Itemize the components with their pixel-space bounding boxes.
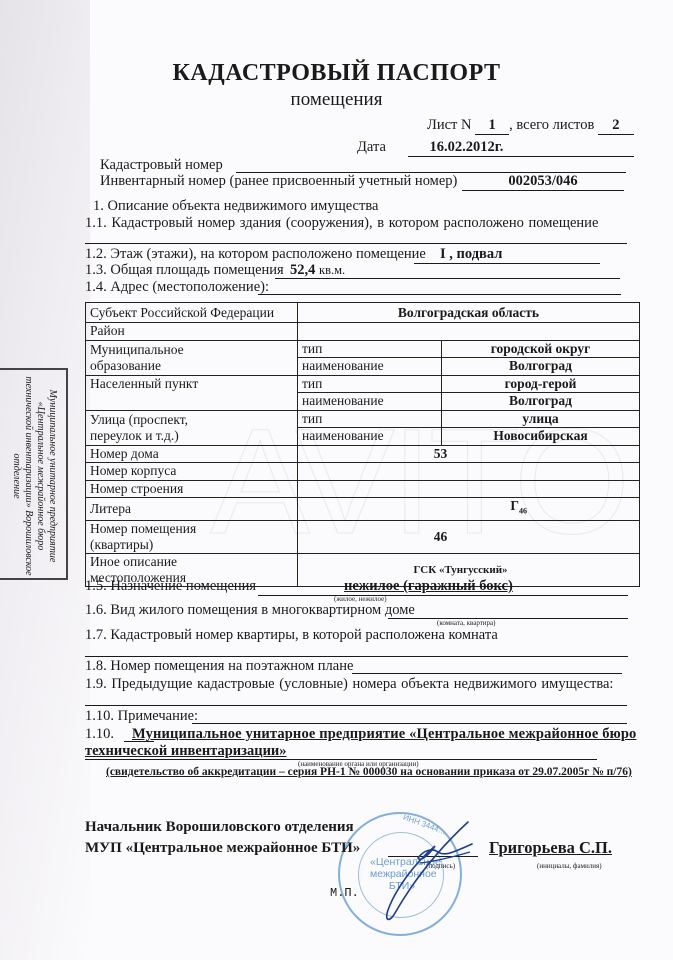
signer-position-line1: Начальник Ворошиловского отделения xyxy=(85,819,354,836)
municipal-name-value: Волгоград xyxy=(442,358,640,376)
table-row: Населенный пункт тип город-герой xyxy=(86,375,640,393)
table-row: Номер помещения (квартиры) 46 xyxy=(86,520,640,553)
table-row: Муниципальное образование тип городской … xyxy=(86,340,640,358)
side-stamp-text: Муниципальное унитарное предприятие «Цен… xyxy=(10,376,58,576)
district-label: Район xyxy=(86,323,298,341)
municipal-label: Муниципальное образование xyxy=(86,340,298,375)
table-row: Район xyxy=(86,323,640,341)
structure-value xyxy=(298,480,640,498)
sheet-info: Лист N 1, всего листов 2 xyxy=(427,117,634,135)
settlement-type-label: тип xyxy=(298,375,442,393)
item-1-5-value: нежилое (гаражный бокс) xyxy=(344,578,513,594)
room-label: Номер помещения (квартиры) xyxy=(86,520,298,553)
table-row: Номер строения xyxy=(86,480,640,498)
signer-name: Григорьева С.П. xyxy=(489,838,612,858)
item-1-5-label: 1.5. Назначение помещения xyxy=(85,578,256,595)
building-value xyxy=(298,463,640,481)
table-row: Номер дома 53 xyxy=(86,445,640,463)
item-1-1: 1.1. Кадастровый номер здания (сооружени… xyxy=(85,215,598,232)
street-type-value: улица xyxy=(442,410,640,428)
cadastral-number-label: Кадастровый номер xyxy=(100,157,223,174)
sheet-label: Лист N xyxy=(427,117,471,133)
item-1-10-org-line2-field: технической инвентаризации» xyxy=(85,743,597,760)
street-name-value: Новосибирская xyxy=(442,428,640,446)
item-1-8-label: 1.8. Номер помещения на поэтажном плане xyxy=(85,658,353,675)
litera-subscript: 46 xyxy=(519,507,527,516)
item-1-10-org-lead-line xyxy=(124,741,154,742)
house-value: 53 xyxy=(298,445,640,463)
accreditation-text: (свидетельство об аккредитации – серия Р… xyxy=(106,766,632,778)
item-1-10-note-field xyxy=(192,723,627,724)
sheets-total-label: , всего листов xyxy=(509,117,594,133)
item-1-9-label: 1.9. Предыдущие кадастровые (условные) н… xyxy=(85,676,613,693)
room-label-line1: Номер помещения xyxy=(90,521,293,537)
table-row: Литера Г46 xyxy=(86,498,640,521)
signer-position-line2: МУП «Центральное межрайонное БТИ» xyxy=(85,840,360,857)
other-label-line1: Иное описание xyxy=(90,554,293,570)
inventory-number-label: Инвентарный номер (ранее присвоенный уче… xyxy=(100,173,457,190)
item-1-6-hint: (комната, квартира) xyxy=(437,619,495,627)
street-type-label: тип xyxy=(298,410,442,428)
item-1-7-field xyxy=(85,656,628,657)
item-1-10-org-prefix: 1.10. xyxy=(85,726,114,743)
house-label: Номер дома xyxy=(86,445,298,463)
settlement-name-label: наименование xyxy=(298,393,442,411)
item-1-3-field: 52,4 кв.м. xyxy=(275,262,620,279)
municipal-label-line2: образование xyxy=(90,358,293,374)
item-1-3-value: 52,4 xyxy=(290,262,315,278)
item-1-9-field xyxy=(85,705,627,706)
item-1-6-label: 1.6. Вид жилого помещения в многоквартир… xyxy=(85,602,415,619)
date-value: 16.02.2012г. xyxy=(408,139,634,157)
inventory-number-value: 002053/046 xyxy=(462,173,624,191)
room-label-line2: (квартиры) xyxy=(90,537,293,553)
subject-label: Субъект Российской Федерации xyxy=(86,303,298,323)
municipal-name-label: наименование xyxy=(298,358,442,376)
litera-value: Г46 xyxy=(298,498,640,521)
item-1-1-field xyxy=(85,243,627,244)
municipal-type-label: тип xyxy=(298,340,442,358)
date-row: Дата 16.02.2012г. xyxy=(357,139,634,157)
street-name-label: наименование xyxy=(298,428,442,446)
street-label-line1: Улица (проспект, xyxy=(90,412,293,428)
municipal-type-value: городской округ xyxy=(442,340,640,358)
litera-label: Литера xyxy=(86,498,298,521)
item-1-4-field xyxy=(258,294,621,295)
subject-value: Волгоградская область xyxy=(298,303,640,323)
street-label-line2: переулок и т.д.) xyxy=(90,428,293,444)
sheets-total: 2 xyxy=(598,117,634,135)
item-1-8-field xyxy=(352,673,622,674)
item-1-7-label: 1.7. Кадастровый номер квартиры, в котор… xyxy=(85,627,498,644)
item-1-3-label: 1.3. Общая площадь помещения xyxy=(85,262,284,279)
handwritten-signature-icon xyxy=(360,818,480,928)
litera-letter: Г xyxy=(510,498,519,513)
municipal-label-line1: Муниципальное xyxy=(90,342,293,358)
settlement-name-value: Волгоград xyxy=(442,393,640,411)
structure-label: Номер строения xyxy=(86,480,298,498)
seal-mark: М.П. xyxy=(330,886,359,900)
settlement-type-value: город-герой xyxy=(442,375,640,393)
section-1-heading: 1. Описание объекта недвижимого имуществ… xyxy=(93,198,378,215)
street-label: Улица (проспект, переулок и т.д.) xyxy=(86,410,298,445)
side-stamp-box: Муниципальное унитарное предприятие «Цен… xyxy=(0,368,68,580)
table-row: Номер корпуса xyxy=(86,463,640,481)
item-1-5-field: нежилое (гаражный бокс) xyxy=(258,578,628,596)
district-value xyxy=(298,323,640,341)
table-row: Улица (проспект, переулок и т.д.) тип ул… xyxy=(86,410,640,428)
item-1-3-unit: кв.м. xyxy=(319,263,345,277)
document-subtitle: помещения xyxy=(0,89,673,111)
settlement-label: Населенный пункт xyxy=(86,375,298,410)
item-1-6-field xyxy=(388,618,628,619)
address-table: Субъект Российской Федерации Волгоградск… xyxy=(85,302,640,587)
room-value: 46 xyxy=(298,520,640,553)
item-1-10-org-line1: Муниципальное унитарное предприятие «Цен… xyxy=(132,726,636,743)
item-1-10-org-line2: технической инвентаризации» xyxy=(85,743,287,759)
document-title: КАДАСТРОВЫЙ ПАСПОРТ xyxy=(0,60,673,87)
item-1-4-label: 1.4. Адрес (местоположение): xyxy=(85,279,269,296)
item-1-10-note-label: 1.10. Примечание: xyxy=(85,708,198,725)
item-1-2-label: 1.2. Этаж (этажи), на котором расположен… xyxy=(85,246,426,263)
building-label: Номер корпуса xyxy=(86,463,298,481)
date-label: Дата xyxy=(357,139,386,155)
table-row: Субъект Российской Федерации Волгоградск… xyxy=(86,303,640,323)
signer-name-hint: (инициалы, фамилия) xyxy=(537,862,602,870)
sheet-number: 1 xyxy=(475,117,509,135)
